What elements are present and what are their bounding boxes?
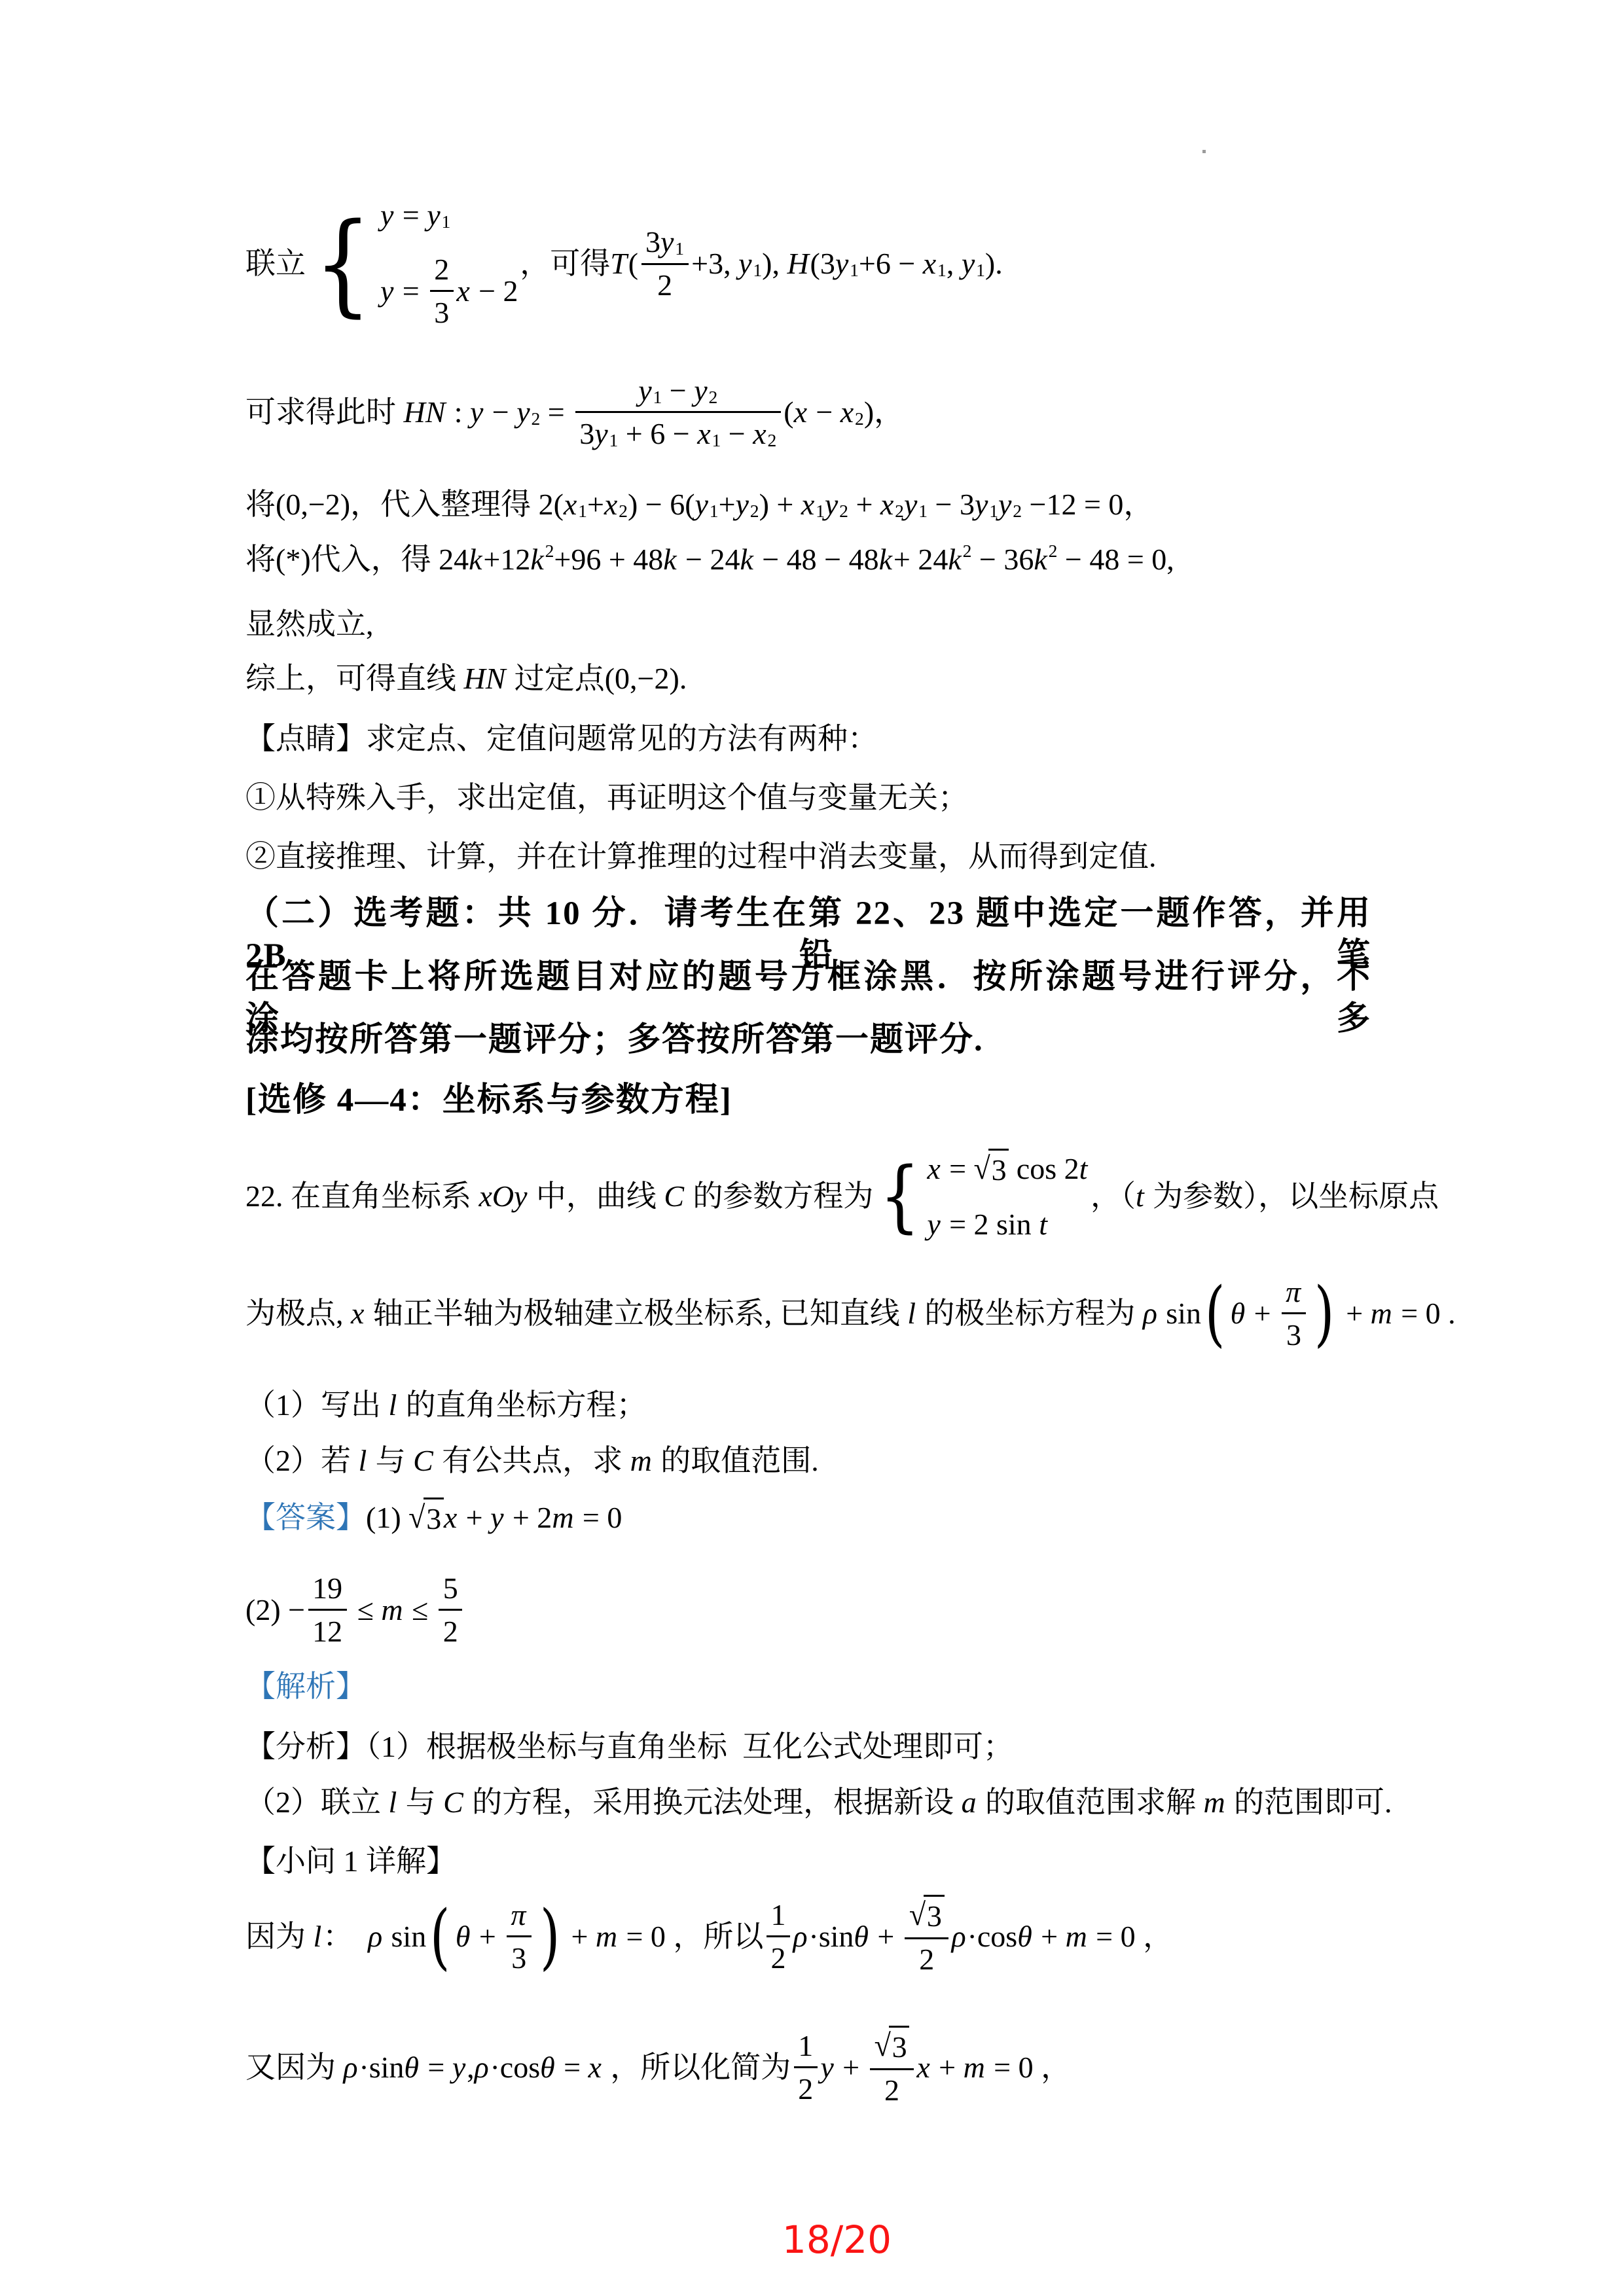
math-variable: y xyxy=(975,486,989,524)
text-run: + xyxy=(471,1918,503,1956)
text-run: 的直角坐标方程； xyxy=(398,1386,647,1424)
text-run: + xyxy=(719,486,736,524)
para-elective-instructions-3: 涂均按所答第一题评分；多答按所答第一题评分. xyxy=(245,1020,984,1062)
text-run: − 2 xyxy=(471,272,518,310)
radicand: 3 xyxy=(988,1149,1009,1189)
text-run: （2）联立 xyxy=(245,1784,389,1821)
subscript: 1 xyxy=(753,259,762,281)
sqrt-radical-icon: √ xyxy=(909,1895,926,1934)
sqrt-radical-icon: √ xyxy=(974,1149,990,1188)
text-run: 的取值范围求解 xyxy=(977,1784,1203,1821)
math-variable: y xyxy=(380,196,395,234)
text-run: 为极点, xyxy=(245,1295,351,1333)
text-run: 【点睛】求定点、定值问题常见的方法有两种： xyxy=(245,720,878,758)
math-variable: θ xyxy=(1231,1295,1246,1333)
text-run: +3, xyxy=(691,245,738,283)
text-run: + xyxy=(835,2049,867,2087)
subscript: 1 xyxy=(712,429,721,452)
superscript: 2 xyxy=(1049,540,1058,562)
analysis-line-1: 【分析】（1）根据极坐标与直角坐标 互化公式处理即可； xyxy=(245,1728,1013,1766)
denominator: 2 xyxy=(439,1611,462,1650)
math-variable: k xyxy=(879,541,893,579)
subscript: 2 xyxy=(895,500,904,522)
text-run: 2 xyxy=(657,266,672,304)
text-run: ) + xyxy=(759,486,801,524)
text-run: 3 xyxy=(426,1500,441,1538)
math-variable: y xyxy=(427,196,441,234)
text-run: + xyxy=(1339,1295,1371,1333)
text-run: )， xyxy=(864,393,904,431)
text-run: sin xyxy=(1159,1295,1201,1333)
text-run: cos 2 xyxy=(1009,1150,1079,1188)
text-run: (2) − xyxy=(245,1591,305,1629)
denominator: 2 xyxy=(767,1937,790,1977)
numerator: 1 xyxy=(767,1896,790,1937)
math-variable: C xyxy=(413,1442,435,1480)
denominator: 2 xyxy=(641,265,689,304)
text-run: + xyxy=(870,1918,902,1956)
subscript: 2 xyxy=(839,500,848,522)
subscript: 1 xyxy=(442,211,451,233)
system-row: y = 2 sin t xyxy=(927,1206,1089,1244)
denominator: 3y1 + 6 − x1 − x2 xyxy=(575,413,781,452)
text-run: = xyxy=(540,393,572,431)
math-variable: m xyxy=(596,1918,619,1956)
text-run: 1 xyxy=(798,2027,813,2065)
math-variable: k xyxy=(663,541,677,579)
math-variable: y xyxy=(516,393,531,431)
denominator: 3 xyxy=(430,292,454,331)
text-run: 过定点(0,−2). xyxy=(507,660,687,698)
text-run: ·cos xyxy=(490,2049,540,2087)
text-run: 轴正半轴为极轴建立极坐标系, 已知直线 xyxy=(365,1295,907,1333)
text-run: = xyxy=(395,272,427,310)
text-run: 【小问 1 详解】 xyxy=(245,1842,456,1880)
text-run: − xyxy=(808,393,840,431)
text-run: 中，曲线 xyxy=(528,1177,664,1215)
q22-statement-line-2: 为极点, x 轴正半轴为极轴建立极坐标系, 已知直线 l 的极坐标方程为 ρ s… xyxy=(245,1273,1456,1354)
text-run: = xyxy=(420,2049,452,2087)
subscript: 1 xyxy=(976,259,985,281)
text-run: = xyxy=(556,2049,588,2087)
text-run: ( xyxy=(784,393,793,431)
text-run: − 48 − 48 xyxy=(755,541,879,579)
text-run: +6 − xyxy=(859,245,923,283)
text-run: = 0 ，所以 xyxy=(619,1918,763,1956)
text-run: (1) xyxy=(366,1499,408,1537)
math-variable: x xyxy=(444,1499,458,1537)
eq-substitute-star: 将(*)代入，得 24k+12k2+96 + 48k − 24k − 48 − … xyxy=(245,541,1174,579)
square-root: √3 xyxy=(408,1498,444,1538)
math-variable: y xyxy=(820,2049,835,2087)
answer-part-1: 【答案】(1) √3x + y + 2m = 0 xyxy=(245,1498,622,1538)
subscript: 1 xyxy=(653,386,662,408)
text-run: 3 xyxy=(992,1151,1007,1189)
right-paren-icon: ) xyxy=(539,1903,560,1970)
eq-also-because: 又因为 ρ·sinθ = y,ρ·cosθ = x ，所以化简为12y + √3… xyxy=(245,2026,1071,2109)
analysis-line-2: （2）联立 l 与 C 的方程，采用换元法处理，根据新设 a 的取值范围求解 m… xyxy=(245,1784,1392,1821)
math-variable: π xyxy=(511,1896,527,1934)
text-run: + xyxy=(1246,1295,1278,1333)
numerator: √3 xyxy=(905,1895,948,1939)
math-variable: π xyxy=(1286,1273,1302,1311)
text-run: 综上，可得直线 xyxy=(245,660,464,698)
text-run: − xyxy=(662,372,694,410)
sqrt-radical-icon: √ xyxy=(408,1498,425,1537)
math-variable: ρ xyxy=(952,1918,967,1956)
document-page: 联立{y = y1y = 23x − 2，可得T(3y12+3, y1), H(… xyxy=(0,0,1624,2296)
math-variable: ρ xyxy=(368,1918,384,1956)
math-variable: y xyxy=(695,486,710,524)
text-run: 3 xyxy=(927,1897,942,1935)
cases-system: {y = y1y = 23x − 2 xyxy=(308,196,518,331)
math-variable: x xyxy=(351,1295,365,1333)
math-variable: l xyxy=(389,1784,399,1821)
math-variable: x xyxy=(753,415,767,453)
radicand: 3 xyxy=(924,1895,944,1935)
text-run: = xyxy=(942,1150,974,1188)
math-variable: m xyxy=(381,1591,404,1629)
text-run: +12 xyxy=(483,541,530,579)
text-run: 的范围即可. xyxy=(1227,1784,1392,1821)
text-run: ： xyxy=(323,1918,368,1956)
denominator: 3 xyxy=(507,1937,532,1977)
text-run: − xyxy=(721,415,753,453)
q22-part-2: （2）若 l 与 C 有公共点，求 m 的取值范围. xyxy=(245,1442,819,1480)
text-run: + xyxy=(848,486,880,524)
subscript: 2 xyxy=(1013,500,1022,522)
system-row: y = y1 xyxy=(380,196,518,234)
numerator: 3y1 xyxy=(641,223,689,264)
text-run: − 48 = 0, xyxy=(1057,541,1174,579)
subscript: 2 xyxy=(531,408,540,430)
text-run: （2）若 xyxy=(245,1442,359,1480)
math-variable: k xyxy=(1034,541,1048,579)
numerator: 1 xyxy=(794,2027,818,2068)
math-variable: x xyxy=(880,486,895,524)
item-method-1: ①从特殊入手，求出定值，再证明这个值与变量无关； xyxy=(245,779,968,817)
text-run: − 24 xyxy=(678,541,740,579)
subscript: 2 xyxy=(750,500,759,522)
superscript: 2 xyxy=(545,540,554,562)
denominator: 2 xyxy=(794,2068,818,2108)
math-variable: ρ xyxy=(475,2049,490,2087)
text-run: sin xyxy=(384,1918,426,1956)
text-run: = 0 xyxy=(575,1499,622,1537)
eq-system-T-H: 联立{y = y1y = 23x − 2，可得T(3y12+3, y1), H(… xyxy=(245,196,1003,331)
text-run: ). xyxy=(985,245,1003,283)
subscript: 2 xyxy=(708,386,717,408)
fraction: √32 xyxy=(905,1895,948,1979)
numerator: 19 xyxy=(308,1570,347,1611)
numerator: √3 xyxy=(870,2026,914,2070)
math-variable: y xyxy=(694,372,708,410)
math-variable: t xyxy=(1039,1206,1049,1244)
math-variable: t xyxy=(1079,1150,1089,1188)
text-run: 有公共点，求 xyxy=(435,1442,630,1480)
math-variable: y xyxy=(962,245,976,283)
sqrt-radical-icon: √ xyxy=(875,2026,891,2065)
text-run: ，可得 xyxy=(520,245,610,283)
math-variable: y xyxy=(490,1499,505,1537)
system-row: x = √3 cos 2t xyxy=(927,1149,1089,1189)
text-run: 因为 xyxy=(245,1918,314,1956)
stray-dot xyxy=(1202,150,1206,153)
text-run: ·sin xyxy=(808,1918,854,1956)
math-variable: m xyxy=(630,1442,653,1480)
text-run: + xyxy=(587,486,604,524)
text-run: 12 xyxy=(312,1613,342,1651)
text-run: + 6 − xyxy=(618,415,697,453)
text-run: ≤ xyxy=(404,1591,435,1629)
text-run: ②直接推理、计算，并在计算推理的过程中消去变量，从而得到定值. xyxy=(245,838,1157,876)
math-variable: x xyxy=(801,486,816,524)
text-run: +96 + 48 xyxy=(554,541,663,579)
text-run: 2 xyxy=(919,1941,934,1979)
text-run: 【答案】 xyxy=(245,1499,366,1537)
text-run: 将(0,−2)，代入整理得 2( xyxy=(245,486,564,524)
denominator: 3 xyxy=(1282,1314,1307,1354)
subscript: 1 xyxy=(989,500,998,522)
left-paren-icon: ( xyxy=(430,1903,450,1970)
fraction: 52 xyxy=(439,1570,462,1651)
math-variable: l xyxy=(907,1295,917,1333)
text-run: = xyxy=(395,196,427,234)
subscript: 1 xyxy=(609,429,619,452)
math-variable: l xyxy=(389,1386,399,1424)
text-run: 2 xyxy=(798,2070,813,2108)
label-jiexi: 【解析】 xyxy=(245,1668,366,1706)
subscript: 1 xyxy=(578,500,587,522)
text-run: 涂均按所答第一题评分；多答按所答第一题评分. xyxy=(245,1020,984,1062)
paren-content: θ + π3 xyxy=(1229,1273,1310,1354)
label-dianjing-note: 【点睛】求定点、定值问题常见的方法有两种： xyxy=(245,720,878,758)
eq-because-l: 因为 l： ρ sin(θ + π3) + m = 0 ，所以12ρ·sinθ … xyxy=(245,1895,1173,1979)
text-run: 3 xyxy=(645,223,660,261)
denominator: 12 xyxy=(308,1611,347,1650)
stretched-parentheses: (θ + π3) xyxy=(1201,1273,1339,1354)
math-variable: C xyxy=(443,1784,465,1821)
fraction: 23 xyxy=(430,251,454,332)
text-run: + xyxy=(564,1918,596,1956)
math-variable: x xyxy=(588,2049,603,2087)
math-variable: x xyxy=(456,272,471,310)
fraction: √32 xyxy=(870,2026,914,2109)
heading-elective-4-4: [选修 4—4：坐标系与参数方程] xyxy=(245,1080,732,1122)
math-variable: θ xyxy=(540,2049,556,2087)
text-run: 3 xyxy=(434,294,449,332)
math-variable: k xyxy=(469,541,483,579)
math-variable: m xyxy=(552,1499,575,1537)
numerator: 5 xyxy=(439,1570,462,1611)
text-run: 2 xyxy=(434,251,449,289)
text-run: + 24 xyxy=(893,541,948,579)
text-run: 19 xyxy=(312,1570,342,1607)
text-run: ，（ xyxy=(1091,1177,1136,1215)
text-run: + xyxy=(931,2049,964,2087)
text-run: 与 xyxy=(398,1784,443,1821)
math-variable: ρ xyxy=(793,1918,808,1956)
text-run: ·cos xyxy=(967,1918,1018,1956)
fraction: π3 xyxy=(507,1896,532,1977)
math-variable: θ xyxy=(404,2049,420,2087)
math-variable: x xyxy=(564,486,578,524)
text-run: 3 xyxy=(511,1939,526,1977)
eq-HN-line: 可求得此时 HN : y − y2 = y1 − y23y1 + 6 − x1 … xyxy=(245,372,904,453)
q22-statement-line-1: 22. 在直角坐标系 xOy 中，曲线 C 的参数方程为{x = √3 cos … xyxy=(245,1149,1439,1244)
math-variable: y xyxy=(927,1206,941,1244)
math-variable: θ xyxy=(456,1918,471,1956)
answer-part-2: (2) −1912 ≤ m ≤ 52 xyxy=(245,1570,465,1651)
radicand: 3 xyxy=(889,2026,909,2066)
subscript: 2 xyxy=(855,408,864,430)
left-brace-icon: { xyxy=(314,214,371,314)
text-run: 的极坐标方程为 xyxy=(917,1295,1143,1333)
stretched-parentheses: (θ + π3) xyxy=(426,1896,564,1977)
label-subq1-detail: 【小问 1 详解】 xyxy=(245,1842,456,1880)
text-run: 1 xyxy=(770,1896,785,1934)
math-variable: H xyxy=(787,245,810,283)
text-run: , xyxy=(467,2049,475,2087)
square-root: √3 xyxy=(909,1895,945,1935)
text-run: −12 = 0， xyxy=(1022,486,1153,524)
math-variable: ρ xyxy=(1143,1295,1159,1333)
text-run: = 0 . xyxy=(1394,1295,1456,1333)
text-run: + xyxy=(1034,1918,1066,1956)
text-run: 显然成立, xyxy=(245,605,374,643)
text-run: ( xyxy=(628,245,638,283)
subscript: 1 xyxy=(850,259,859,281)
numerator: y1 − y2 xyxy=(575,372,781,413)
subscript: 1 xyxy=(816,500,825,522)
numerator: 2 xyxy=(430,251,454,292)
text-run: ), xyxy=(762,245,787,283)
text-run: 2 xyxy=(443,1613,458,1651)
subscript: 2 xyxy=(767,429,776,452)
system-rows: x = √3 cos 2ty = 2 sin t xyxy=(927,1149,1089,1244)
math-variable: y xyxy=(594,415,609,453)
text-run: , xyxy=(947,245,962,283)
math-variable: x xyxy=(794,393,808,431)
text-run: : xyxy=(446,393,470,431)
math-variable: l xyxy=(314,1918,323,1956)
math-variable: y xyxy=(452,2049,467,2087)
denominator: 2 xyxy=(905,1939,948,1979)
text-run: − xyxy=(484,393,516,431)
text-run: 5 xyxy=(443,1570,458,1607)
cases-system: {x = √3 cos 2ty = 2 sin t xyxy=(875,1149,1089,1244)
text-run: = 0 ， xyxy=(1089,1918,1173,1956)
math-variable: x xyxy=(840,393,855,431)
math-variable: y xyxy=(470,393,484,431)
text-run: = 2 sin xyxy=(942,1206,1039,1244)
math-variable: C xyxy=(664,1177,685,1215)
text-run: (3 xyxy=(810,245,835,283)
numerator: π xyxy=(507,1896,532,1937)
subscript: 1 xyxy=(710,500,719,522)
square-root: √3 xyxy=(875,2026,910,2066)
fraction: y1 − y23y1 + 6 − x1 − x2 xyxy=(575,372,781,453)
fraction: π3 xyxy=(1282,1273,1307,1354)
math-variable: HN xyxy=(464,660,507,698)
math-variable: ρ xyxy=(344,2049,359,2087)
paren-content: θ + π3 xyxy=(454,1896,536,1977)
text-run: 【分析】（1）根据极坐标与直角坐标 互化公式处理即可； xyxy=(245,1728,1013,1766)
system-row: y = 23x − 2 xyxy=(380,251,518,332)
square-root: √3 xyxy=(974,1149,1009,1189)
text-run: + xyxy=(458,1499,490,1537)
math-variable: y xyxy=(380,272,395,310)
subscript: 1 xyxy=(937,259,947,281)
text-conclusion: 综上，可得直线 HN 过定点(0,−2). xyxy=(245,660,687,698)
math-variable: θ xyxy=(854,1918,869,1956)
numerator: π xyxy=(1282,1273,1307,1314)
math-variable: xOy xyxy=(479,1177,529,1215)
math-variable: t xyxy=(1136,1177,1146,1215)
text-run: − 36 xyxy=(971,541,1034,579)
eq-substitute-point: 将(0,−2)，代入整理得 2(x1+x2) − 6(y1+y2) + x1y2… xyxy=(245,486,1153,524)
fraction: 12 xyxy=(767,1896,790,1977)
text-run: 3 xyxy=(1286,1316,1301,1354)
math-variable: l xyxy=(359,1442,369,1480)
fraction: 12 xyxy=(794,2027,818,2108)
text-run: ①从特殊入手，求出定值，再证明这个值与变量无关； xyxy=(245,779,968,817)
text-clearly-holds: 显然成立, xyxy=(245,605,374,643)
text-run: = 0 ， xyxy=(986,2049,1071,2087)
math-variable: x xyxy=(916,2049,931,2087)
math-variable: y xyxy=(835,245,850,283)
math-variable: k xyxy=(948,541,962,579)
right-paren-icon: ) xyxy=(1314,1280,1335,1347)
text-run: ·sin xyxy=(359,2049,404,2087)
text-run: ，所以化简为 xyxy=(603,2049,791,2087)
radicand: 3 xyxy=(424,1498,444,1538)
text-run: − 3 xyxy=(928,486,975,524)
text-run: 又因为 xyxy=(245,2049,344,2087)
left-brace-icon: { xyxy=(880,1161,920,1231)
math-variable: T xyxy=(610,245,628,283)
text-run: 3 xyxy=(892,2028,907,2066)
math-variable: k xyxy=(530,541,545,579)
item-method-2: ②直接推理、计算，并在计算推理的过程中消去变量，从而得到定值. xyxy=(245,838,1157,876)
subscript: 1 xyxy=(675,238,684,260)
math-variable: θ xyxy=(1017,1918,1033,1956)
math-variable: y xyxy=(736,486,750,524)
math-variable: HN xyxy=(404,393,447,431)
text-run: 【解析】 xyxy=(245,1668,366,1706)
text-run: （1）写出 xyxy=(245,1386,389,1424)
math-variable: m xyxy=(964,2049,986,2087)
superscript: 2 xyxy=(963,540,972,562)
text-run: 3 xyxy=(579,415,594,453)
math-variable: m xyxy=(1371,1295,1394,1333)
fraction: 3y12 xyxy=(641,223,689,304)
math-variable: y xyxy=(738,245,753,283)
system-rows: y = y1y = 23x − 2 xyxy=(380,196,518,331)
subscript: 1 xyxy=(918,500,928,522)
text-run: 与 xyxy=(368,1442,413,1480)
math-variable: y xyxy=(660,223,675,261)
math-variable: m xyxy=(1066,1918,1089,1956)
text-run: 联立 xyxy=(245,245,306,283)
text-run: 的方程，采用换元法处理，根据新设 xyxy=(465,1784,962,1821)
text-run: 将(*)代入，得 24 xyxy=(245,541,469,579)
math-variable: y xyxy=(825,486,839,524)
q22-part-1: （1）写出 l 的直角坐标方程； xyxy=(245,1386,647,1424)
math-variable: y xyxy=(998,486,1013,524)
text-run: + 2 xyxy=(505,1499,552,1537)
math-variable: a xyxy=(962,1784,978,1821)
